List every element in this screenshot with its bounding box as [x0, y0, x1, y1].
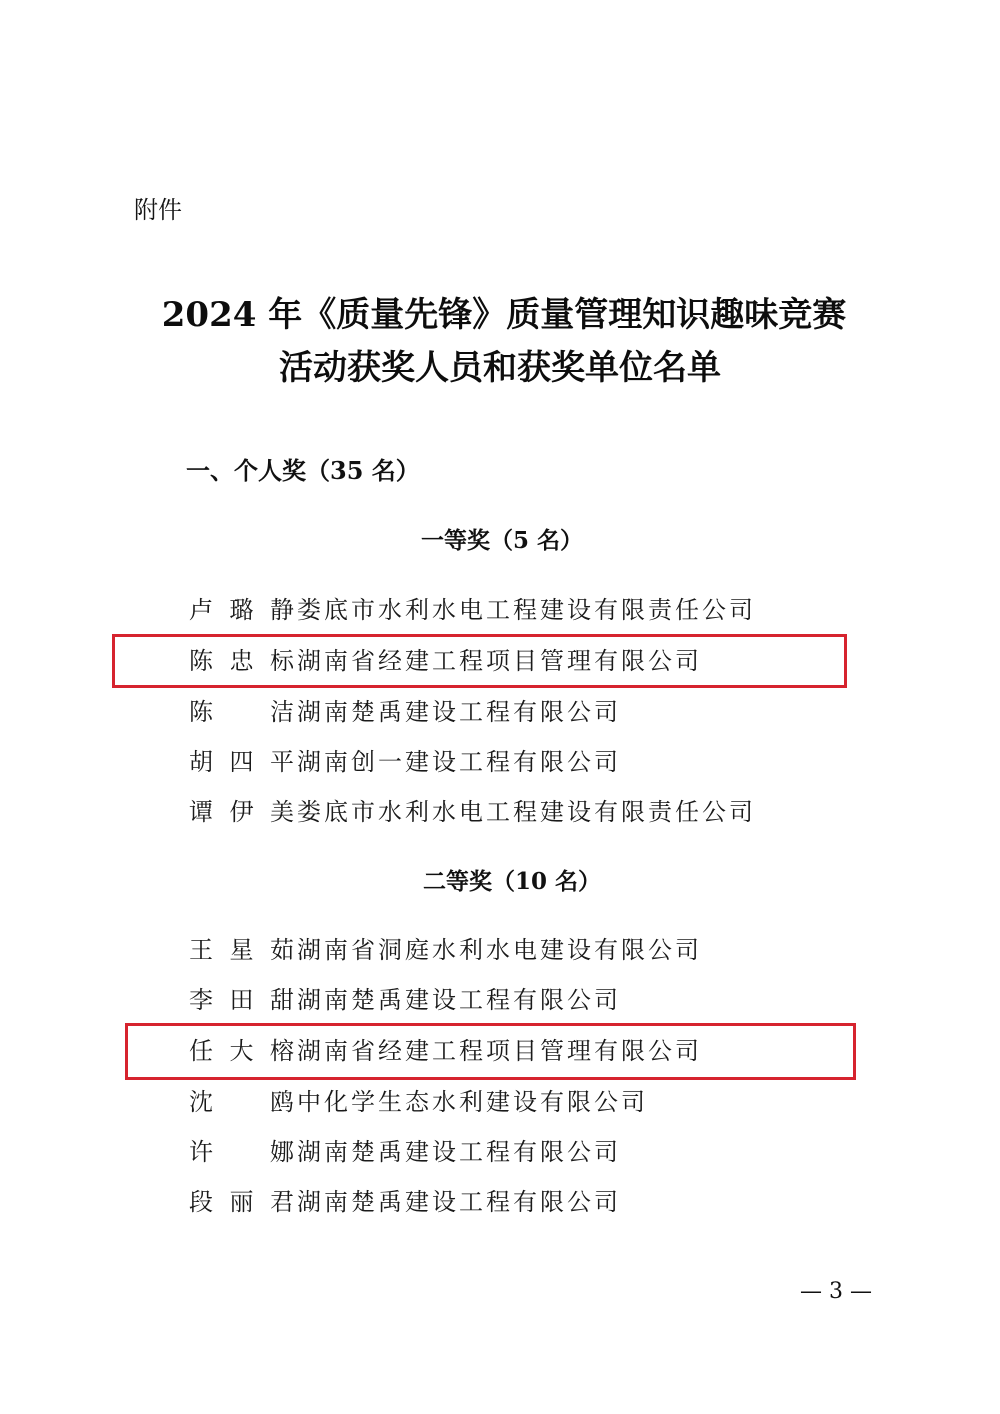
- winner-organization: 娄底市水利水电工程建设有限责任公司: [297, 592, 756, 628]
- winner-name: 许 娜: [189, 1134, 297, 1170]
- winner-organization: 湖南省经建工程项目管理有限公司: [297, 1033, 702, 1069]
- winner-row-highlighted: 任大榕湖南省经建工程项目管理有限公司: [189, 1033, 702, 1069]
- winner-name: 陈忠标: [189, 643, 297, 679]
- winner-row: 谭伊美娄底市水利水电工程建设有限责任公司: [189, 794, 756, 830]
- attachment-label: 附件: [134, 195, 182, 225]
- winner-row: 卢璐静娄底市水利水电工程建设有限责任公司: [189, 592, 756, 628]
- winner-name: 胡四平: [189, 744, 297, 780]
- winner-name: 段丽君: [189, 1184, 297, 1220]
- winner-row: 李田甜湖南楚禹建设工程有限公司: [189, 982, 621, 1018]
- winner-row: 陈 洁湖南楚禹建设工程有限公司: [189, 694, 621, 730]
- winner-organization: 湖南楚禹建设工程有限公司: [297, 694, 621, 730]
- winner-name: 李田甜: [189, 982, 297, 1018]
- winner-organization: 中化学生态水利建设有限公司: [297, 1084, 648, 1120]
- document-title-line-2: 活动获奖人员和获奖单位名单: [0, 348, 1000, 388]
- section-heading-individual-award: 一、个人奖（35 名）: [186, 455, 420, 487]
- winner-name: 沈 鸥: [189, 1084, 297, 1120]
- winner-name: 陈 洁: [189, 694, 297, 730]
- winner-row: 王星茹湖南省洞庭水利水电建设有限公司: [189, 932, 702, 968]
- page-number: — 3 —: [800, 1278, 872, 1306]
- document-title-line-1: 2024 年《质量先锋》质量管理知识趣味竞赛: [4, 295, 1000, 335]
- winner-organization: 湖南创一建设工程有限公司: [297, 744, 621, 780]
- document-page: 附件 2024 年《质量先锋》质量管理知识趣味竞赛 活动获奖人员和获奖单位名单 …: [0, 0, 1000, 1414]
- winner-organization: 娄底市水利水电工程建设有限责任公司: [297, 794, 756, 830]
- winner-organization: 湖南楚禹建设工程有限公司: [297, 1184, 621, 1220]
- winner-organization: 湖南楚禹建设工程有限公司: [297, 982, 621, 1018]
- winner-row: 许 娜湖南楚禹建设工程有限公司: [189, 1134, 621, 1170]
- winner-name: 谭伊美: [189, 794, 297, 830]
- winner-organization: 湖南省经建工程项目管理有限公司: [297, 643, 702, 679]
- winner-row: 沈 鸥中化学生态水利建设有限公司: [189, 1084, 648, 1120]
- winner-name: 卢璐静: [189, 592, 297, 628]
- tier-heading-second-prize: 二等奖（10 名）: [12, 867, 1000, 897]
- winner-row: 胡四平湖南创一建设工程有限公司: [189, 744, 621, 780]
- winner-organization: 湖南楚禹建设工程有限公司: [297, 1134, 621, 1170]
- winner-name: 任大榕: [189, 1033, 297, 1069]
- winner-row: 段丽君湖南楚禹建设工程有限公司: [189, 1184, 621, 1220]
- winner-organization: 湖南省洞庭水利水电建设有限公司: [297, 932, 702, 968]
- tier-heading-first-prize: 一等奖（5 名）: [2, 526, 1000, 556]
- winner-name: 王星茹: [189, 932, 297, 968]
- winner-row-highlighted: 陈忠标湖南省经建工程项目管理有限公司: [189, 643, 702, 679]
